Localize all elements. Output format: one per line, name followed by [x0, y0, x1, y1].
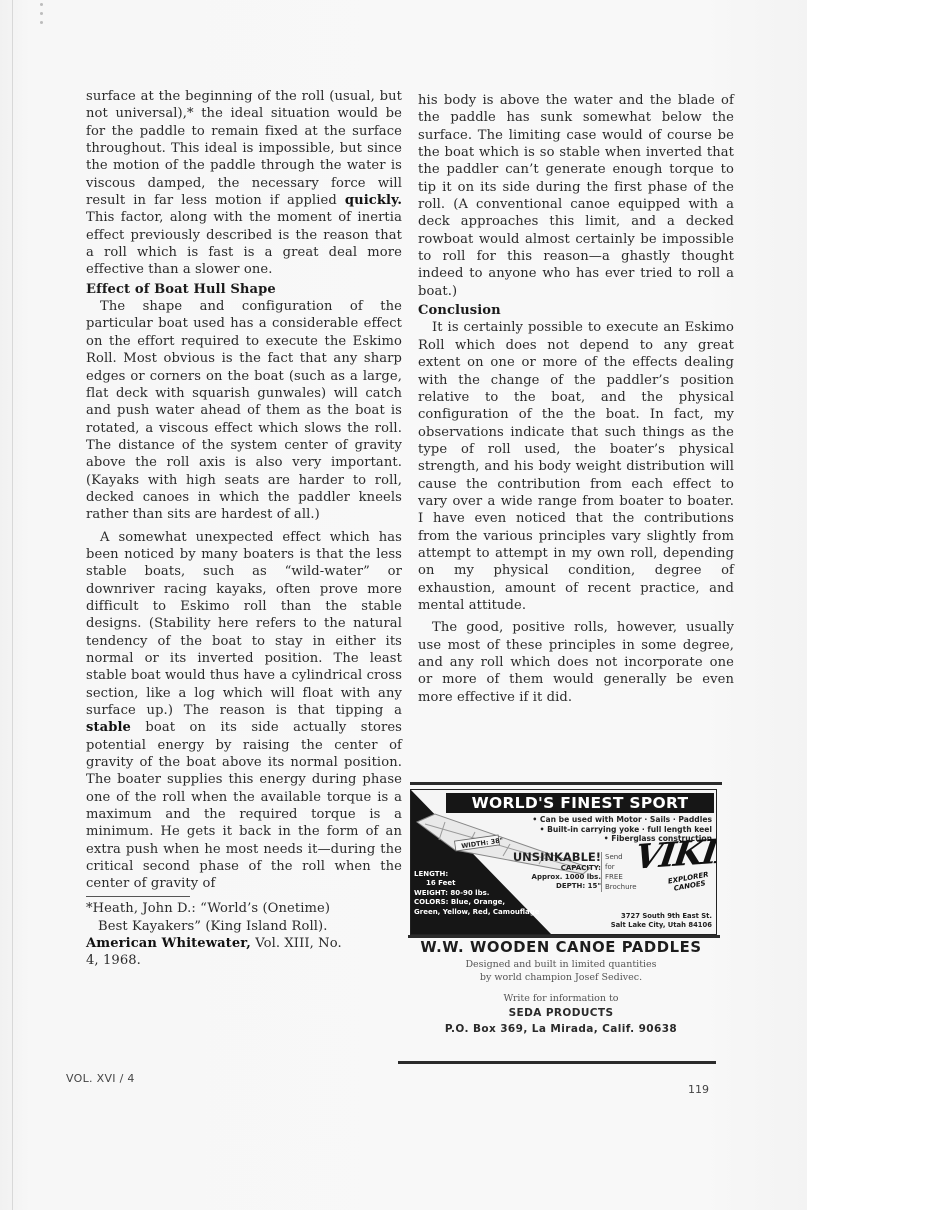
emphasis-stable: stable	[86, 720, 131, 735]
left-paragraph-2: The shape and configuration of the parti…	[86, 298, 402, 523]
left-paragraph-1: surface at the beginning of the roll (us…	[86, 88, 402, 279]
spec-colors: Green, Yellow, Red, Camouflage	[414, 908, 564, 917]
right-column: his body is above the water and the blad…	[418, 92, 734, 706]
viking-address: 3727 South 9th East St. Salt Lake City, …	[611, 912, 712, 929]
volume-label: VOL. XVI / 4	[66, 1072, 135, 1085]
paddles-ad-description: Designed and built in limited quantities	[405, 958, 717, 971]
left-paragraph-3: A somewhat unexpected effect which has b…	[86, 529, 402, 893]
ad-bottom-rule	[398, 1061, 716, 1064]
left-column: surface at the beginning of the roll (us…	[86, 88, 402, 970]
paddles-ad-company: SEDA PRODUCTS	[405, 1005, 717, 1021]
paddles-ad-title: W.W. WOODEN CANOE PADDLES	[405, 938, 717, 958]
scan-specks	[40, 0, 46, 30]
send-for-brochure: Send for FREE Brochure	[601, 852, 633, 892]
heading-conclusion: Conclusion	[418, 302, 734, 319]
text: FREE	[605, 872, 633, 882]
footnote-line: *Heath, John D.: “World’s (Onetime)	[86, 900, 402, 917]
text: surface at the beginning of the roll (us…	[86, 89, 402, 208]
footnote-line: 4, 1968.	[86, 952, 402, 969]
text: Brochure	[605, 882, 633, 892]
text: This factor, along with the moment of in…	[86, 210, 402, 277]
text: 3727 South 9th East St.	[611, 912, 712, 921]
capacity-value: Approx. 1000 lbs.	[509, 873, 601, 882]
footnote-line: American Whitewater, Vol. XIII, No.	[86, 935, 402, 952]
viking-logo: VIKING	[633, 830, 717, 875]
text: A somewhat unexpected effect which has b…	[86, 530, 402, 718]
right-paragraph-1: his body is above the water and the blad…	[418, 92, 734, 300]
footnote-journal: American Whitewater,	[86, 936, 251, 951]
unsinkable-callout: UNSINKABLE! CAPACITY: Approx. 1000 lbs. …	[509, 850, 601, 891]
capacity-label: CAPACITY:	[509, 864, 601, 873]
text: Send	[605, 852, 633, 862]
spec-colors: COLORS: Blue, Orange,	[414, 898, 564, 907]
emphasis-quickly: quickly.	[345, 193, 402, 208]
footnote: *Heath, John D.: “World’s (Onetime) Best…	[86, 900, 402, 969]
feature-item: • Built-in carrying yoke · full length k…	[492, 825, 712, 835]
heading-boat-hull-shape: Effect of Boat Hull Shape	[86, 281, 402, 298]
unsinkable-label: UNSINKABLE!	[509, 850, 601, 864]
footnote-line: Best Kayakers” (King Island Roll).	[86, 918, 402, 935]
footnote-rule	[86, 896, 190, 898]
text: Salt Lake City, Utah 84106	[611, 921, 712, 930]
paddles-ad-address: P.O. Box 369, La Mirada, Calif. 90638	[405, 1021, 717, 1037]
scanned-page: surface at the beginning of the roll (us…	[0, 0, 807, 1210]
paddles-ad-write-for: Write for information to	[405, 992, 717, 1005]
ad-headline: WORLD'S FINEST SPORT CANOES	[446, 793, 714, 813]
feature-item: • Can be used with Motor · Sails · Paddl…	[492, 815, 712, 825]
right-paragraph-2: It is certainly possible to execute an E…	[418, 319, 734, 614]
right-paragraph-3: The good, positive rolls, however, usual…	[418, 619, 734, 706]
wooden-paddles-ad: W.W. WOODEN CANOE PADDLES Designed and b…	[405, 938, 717, 1037]
text: boat on its side actually stores potenti…	[86, 720, 402, 891]
page-number: 119	[688, 1083, 709, 1096]
text: for	[605, 862, 633, 872]
depth-value: DEPTH: 15"	[509, 882, 601, 891]
text: Vol. XIII, No.	[251, 936, 342, 951]
scan-edge-line	[12, 0, 13, 1210]
ad-top-rule	[410, 782, 722, 785]
paddles-ad-description: by world champion Josef Sedivec.	[405, 971, 717, 984]
viking-canoe-ad: WIDTH: 38" WORLD'S FINEST SPORT CANOES •…	[410, 789, 717, 935]
